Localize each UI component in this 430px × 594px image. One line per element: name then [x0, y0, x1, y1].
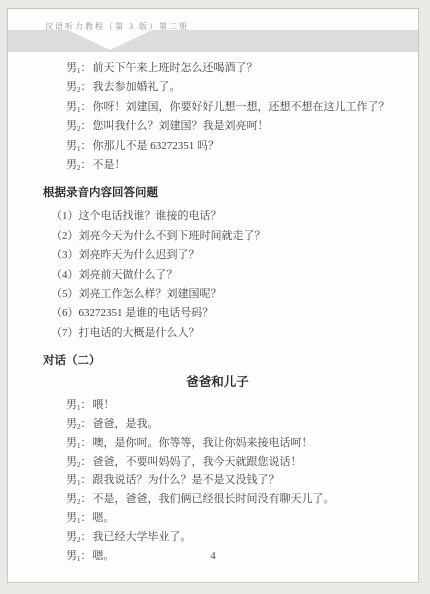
question-item: （2）刘亮今天为什么不到下班时间就走了？ — [43, 227, 392, 246]
dialogue-line: 男1：你那儿不是 63272351 吗？ — [43, 137, 392, 156]
question-item: （1）这个电话找谁？谁接的电话？ — [43, 207, 392, 226]
page-number: 4 — [8, 550, 418, 562]
dialogue-text: 我已经大学毕业了。 — [93, 531, 192, 543]
speaker-label: 男2： — [66, 81, 92, 93]
question-item: （4）刘亮前天做什么了？ — [43, 266, 392, 285]
speaker-label: 男2： — [66, 159, 92, 171]
dialogue-line: 男1：跟我说话？为什么？是不是又没钱了？ — [43, 471, 392, 490]
dialogue-text: 爸爸，是我。 — [93, 418, 159, 430]
dialogue-text: 爸爸，不要叫妈妈了，我今天就跟您说话！ — [93, 456, 302, 468]
speaker-label: 男2： — [66, 493, 92, 505]
dialogue-line: 男2：您叫我什么？刘建国？我是刘亮呵！ — [43, 117, 392, 136]
speaker-label: 男2： — [66, 531, 92, 543]
dialogue-text: 你那儿不是 63272351 吗？ — [93, 140, 220, 152]
speaker-label: 男1： — [66, 399, 92, 411]
dialogue-text: 不是，爸爸，我们俩已经很长时间没有聊天儿了。 — [93, 493, 335, 505]
dialogue-line: 男2：我去参加婚礼了。 — [43, 78, 392, 97]
dialogue-line: 男2：爸爸，是我。 — [43, 415, 392, 434]
dialogue-line: 男2：不是，爸爸，我们俩已经很长时间没有聊天儿了。 — [43, 490, 392, 509]
questions-section-heading: 根据录音内容回答问题 — [43, 186, 392, 200]
speaker-label: 男2： — [66, 418, 92, 430]
question-item: （7）打电话的大概是什么人？ — [43, 324, 392, 343]
speaker-label: 男2： — [66, 120, 92, 132]
textbook-page: 汉语听力教程（第 3 版）第二册 男1：前天下午来上班时怎么还喝酒了？ 男2：我… — [7, 8, 419, 583]
dialogue-text: 跟我说话？为什么？是不是又没钱了？ — [93, 474, 280, 486]
dialogue-text: 不是！ — [93, 159, 126, 171]
dialogue-text: 我去参加婚礼了。 — [93, 81, 181, 93]
dialogue-text: 你呀！刘建国，你要好好儿想一想，还想不想在这儿工作了？ — [93, 101, 390, 113]
speaker-label: 男1： — [66, 62, 92, 74]
speaker-label: 男2： — [66, 456, 92, 468]
dialogue-line: 男1：喂！ — [43, 396, 392, 415]
question-item: （5）刘亮工作怎么样？刘建国呢？ — [43, 285, 392, 304]
speaker-label: 男1： — [66, 140, 92, 152]
question-item: （3）刘亮昨天为什么迟到了？ — [43, 246, 392, 265]
dialogue-text: 嗯。 — [93, 512, 115, 524]
dialogue-line: 男1：噢，是你呵。你等等，我让你妈来接电话呵！ — [43, 434, 392, 453]
dialogue-1: 男1：前天下午来上班时怎么还喝酒了？ 男2：我去参加婚礼了。 男1：你呀！刘建国… — [43, 59, 392, 175]
page-content: 男1：前天下午来上班时怎么还喝酒了？ 男2：我去参加婚礼了。 男1：你呀！刘建国… — [43, 59, 392, 565]
dialogue-2-heading: 对话（二） — [43, 354, 392, 368]
dialogue-text: 噢，是你呵。你等等，我让你妈来接电话呵！ — [93, 437, 313, 449]
dialogue-text: 喂！ — [93, 399, 115, 411]
speaker-label: 男1： — [66, 101, 92, 113]
questions-list: （1）这个电话找谁？谁接的电话？ （2）刘亮今天为什么不到下班时间就走了？ （3… — [43, 207, 392, 343]
dialogue-line: 男2：不是！ — [43, 156, 392, 175]
dialogue-line: 男1：嗯。 — [43, 509, 392, 528]
dialogue-2: 男1：喂！ 男2：爸爸，是我。 男1：噢，是你呵。你等等，我让你妈来接电话呵！ … — [43, 396, 392, 565]
dialogue-text: 前天下午来上班时怎么还喝酒了？ — [93, 62, 258, 74]
dialogue-2-title: 爸爸和儿子 — [43, 375, 392, 390]
dialogue-line: 男2：爸爸，不要叫妈妈了，我今天就跟您说话！ — [43, 453, 392, 472]
speaker-label: 男1： — [66, 437, 92, 449]
speaker-label: 男1： — [66, 512, 92, 524]
dialogue-line: 男2：我已经大学毕业了。 — [43, 528, 392, 547]
header-gray-band — [8, 30, 418, 52]
header-band-notch — [68, 30, 152, 50]
dialogue-text: 您叫我什么？刘建国？我是刘亮呵！ — [93, 120, 269, 132]
question-item: （6）63272351 是谁的电话号码？ — [43, 304, 392, 323]
speaker-label: 男1： — [66, 474, 92, 486]
dialogue-line: 男1：你呀！刘建国，你要好好儿想一想，还想不想在这儿工作了？ — [43, 98, 392, 117]
dialogue-line: 男1：前天下午来上班时怎么还喝酒了？ — [43, 59, 392, 78]
